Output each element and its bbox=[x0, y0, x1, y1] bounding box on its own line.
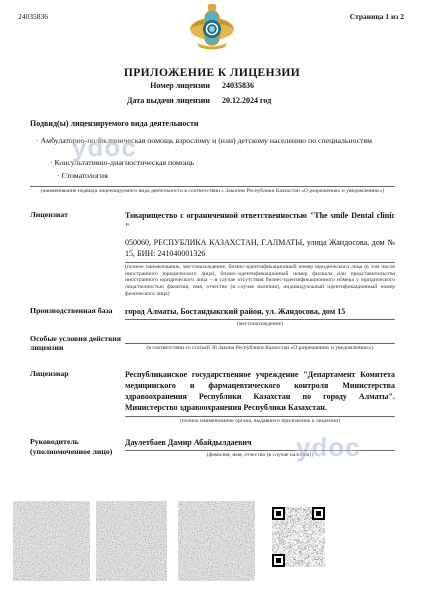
licensor-caption: (полное наименование органа, выдавшего п… bbox=[125, 418, 395, 425]
license-date-label: Дата выдачи лицензии bbox=[0, 94, 210, 109]
subtype-item: · Амбулаторно-поликлиническая помощь взр… bbox=[36, 136, 395, 145]
subtypes-caption: (наименование подвида лицензируемого вид… bbox=[30, 188, 395, 195]
license-number-value: 24035836 bbox=[210, 79, 424, 94]
doc-number: 24035836 bbox=[18, 12, 48, 21]
license-date-row: Дата выдачи лицензии 20.12.2024 год bbox=[0, 94, 424, 109]
license-number-row: Номер лицензии 24035836 bbox=[0, 79, 424, 94]
special-conditions-row: Особые условия действия лицензии (в соот… bbox=[30, 334, 395, 353]
head-person-caption: (фамилия, имя, отчество (в случае наличи… bbox=[125, 452, 395, 459]
licensee-row: Лицензиат Товарищество с ограниченной от… bbox=[30, 210, 395, 298]
licensee-caption-rule: (полное наименование, местонахождение, б… bbox=[125, 262, 395, 298]
subtypes-heading: Подвид(ы) лицензируемого вида деятельнос… bbox=[30, 119, 395, 128]
license-date-value: 20.12.2024 год bbox=[210, 94, 424, 109]
kazakhstan-emblem-icon bbox=[189, 3, 235, 51]
production-base-row: Производственная база город Алматы, Бост… bbox=[30, 306, 395, 328]
digital-signature-barcode-2 bbox=[96, 501, 167, 581]
special-conditions-label: Особые условия действия лицензии bbox=[30, 334, 125, 353]
licensor-label: Лицензиар bbox=[30, 369, 125, 425]
licensee-label: Лицензиат bbox=[30, 210, 125, 298]
license-appendix-page: 24035836 Страница 1 из 2 ПРИЛОЖЕНИЕ К ЛИ… bbox=[0, 0, 424, 600]
page-indicator: Страница 1 из 2 bbox=[350, 12, 404, 21]
head-person-name: Даулетбаев Дамир Абайдылдаевич bbox=[125, 437, 395, 451]
production-base-caption: (местонахождение) bbox=[125, 321, 395, 328]
licensor-value: Республиканское государственное учрежден… bbox=[125, 369, 395, 417]
document-title: ПРИЛОЖЕНИЕ К ЛИЦЕНЗИИ bbox=[0, 67, 424, 79]
special-conditions-caption: (в соответствии со статьей 36 Закона Рес… bbox=[125, 345, 395, 352]
qr-finder-bottom-left bbox=[272, 554, 285, 567]
subtype-item: · Стоматология bbox=[57, 171, 395, 180]
digital-signature-barcode-1 bbox=[13, 501, 90, 581]
production-base-label: Производственная база bbox=[30, 306, 125, 328]
subtypes-caption-rule: (наименование подвида лицензируемого вид… bbox=[30, 186, 395, 195]
license-number-label: Номер лицензии bbox=[0, 79, 210, 94]
qr-finder-top-right bbox=[312, 507, 325, 520]
head-person-row: Руководитель (уполномоченное лицо) Дауле… bbox=[30, 437, 395, 459]
licensee-caption: (полное наименование, местонахождение, б… bbox=[125, 264, 395, 298]
subtype-item: · Консультативно-диагностическая помощь bbox=[50, 158, 395, 167]
qr-code bbox=[267, 504, 330, 572]
licensee-name: Товарищество с ограниченной ответственно… bbox=[125, 210, 395, 232]
digital-signature-barcode-3 bbox=[178, 501, 255, 581]
licensee-address: 050060, РЕСПУБЛИКА КАЗАХСТАН, Г.АЛМАТЫ, … bbox=[125, 237, 395, 259]
production-base-value: город Алматы, Бостандыкский район, ул. Ж… bbox=[125, 306, 395, 320]
licensor-row: Лицензиар Республиканское государственно… bbox=[30, 369, 395, 425]
qr-finder-top-left bbox=[272, 507, 285, 520]
special-conditions-blank-line bbox=[125, 334, 395, 344]
head-person-label: Руководитель (уполномоченное лицо) bbox=[30, 437, 125, 459]
